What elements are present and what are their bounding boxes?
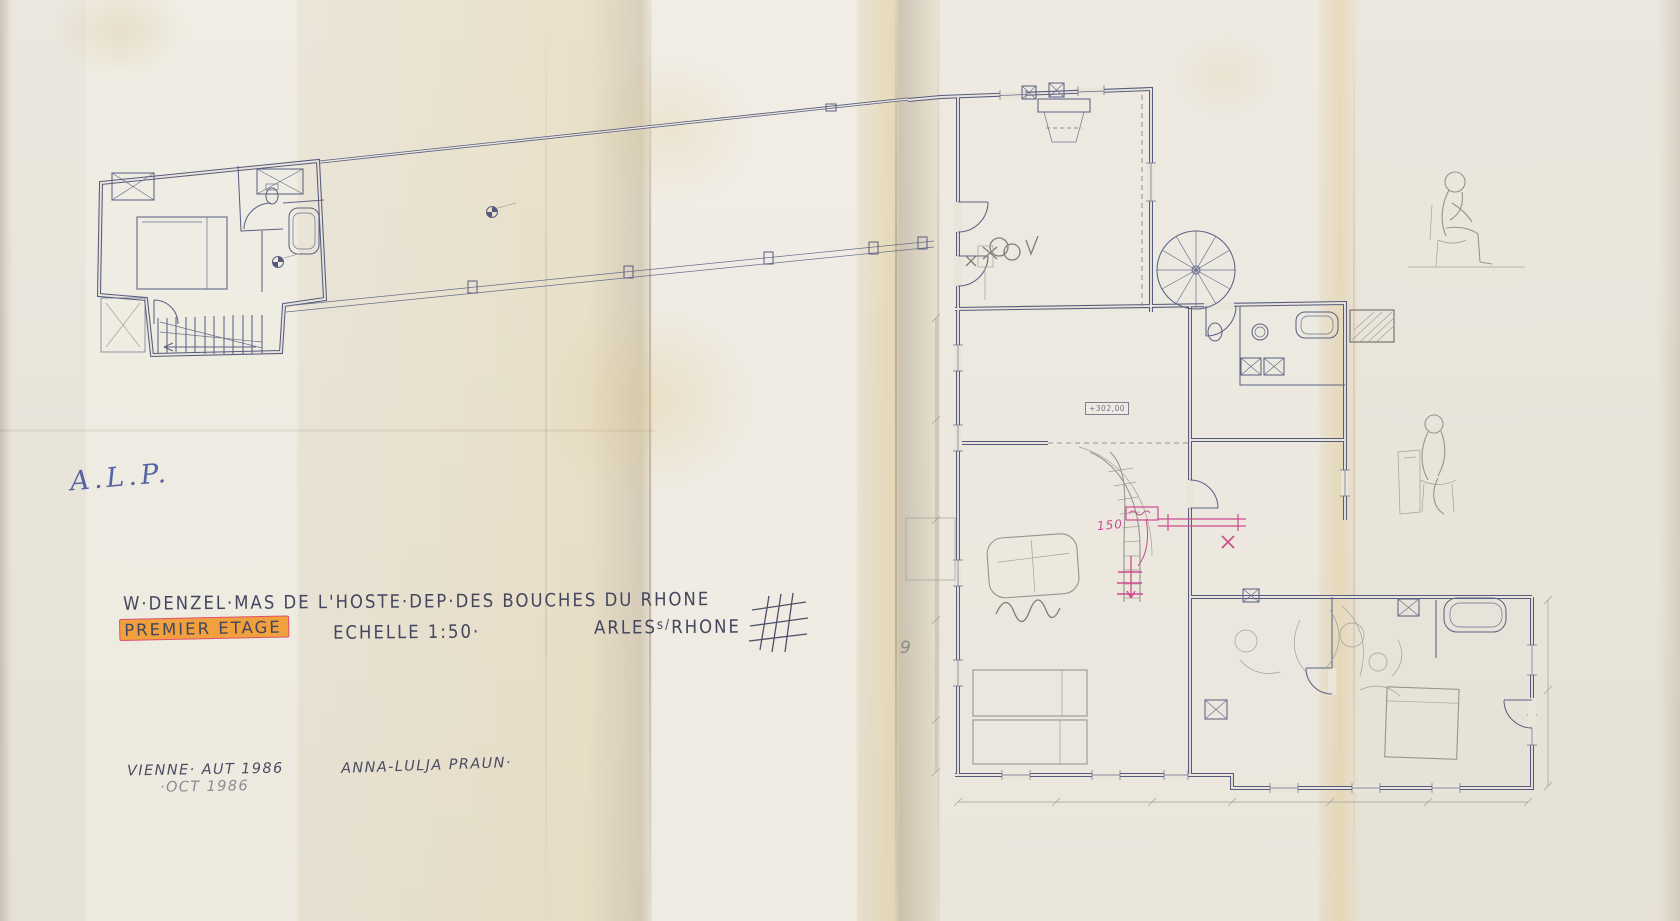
vanity-figure-sketch (1398, 415, 1456, 514)
vent-x-boxes (1022, 83, 1064, 99)
bed (137, 217, 227, 289)
toilet (266, 188, 278, 204)
left-apartment-plan (99, 161, 325, 355)
scanned-floor-plan-sheet: A.L.P. W·DENZEL·MAS DE L'HOSTE·DEP·DES B… (0, 0, 1680, 921)
balcony (101, 298, 145, 352)
pencil-number-note: 9 (900, 638, 911, 658)
level-marker-icon (273, 253, 303, 268)
pergola-connector (286, 99, 934, 312)
bed-sketches (973, 670, 1087, 764)
location-sup: s/ (657, 616, 671, 632)
wing-bathroom (1208, 306, 1394, 385)
level-annotation-box: +302,00 (1085, 402, 1129, 415)
door-arcs (954, 202, 1536, 728)
dimension-lines (932, 314, 1552, 806)
sofa-sketch (986, 533, 1080, 599)
pencil-circled-note (966, 236, 1038, 300)
seated-figure-sketch (1408, 172, 1525, 267)
pencil-date-line: ·OCT 1986 (160, 778, 249, 796)
side-annex-pencil (906, 518, 955, 580)
pink-measure-note: 150 (1096, 517, 1123, 533)
location-city: ARLES (594, 617, 657, 639)
lower-right-rooms (1205, 589, 1506, 759)
location-label: ARLESs/RHONE (594, 616, 741, 638)
scale-label: ECHELLE 1:50· (333, 621, 480, 643)
floor-label-highlighted: PREMIER ETAGE (119, 615, 289, 641)
place-date-line: VIENNE· AUT 1986 (127, 761, 284, 780)
handwriting-squiggle (996, 600, 1060, 622)
fireplace (1038, 99, 1090, 142)
level-marker-icon (487, 203, 517, 218)
bathtub (289, 208, 319, 254)
location-river: RHONE (671, 616, 741, 638)
stairs (158, 315, 262, 354)
spiral-staircase (1157, 231, 1235, 309)
crosshatch-mark (749, 593, 808, 652)
floor-plan-drawing (0, 0, 1680, 921)
